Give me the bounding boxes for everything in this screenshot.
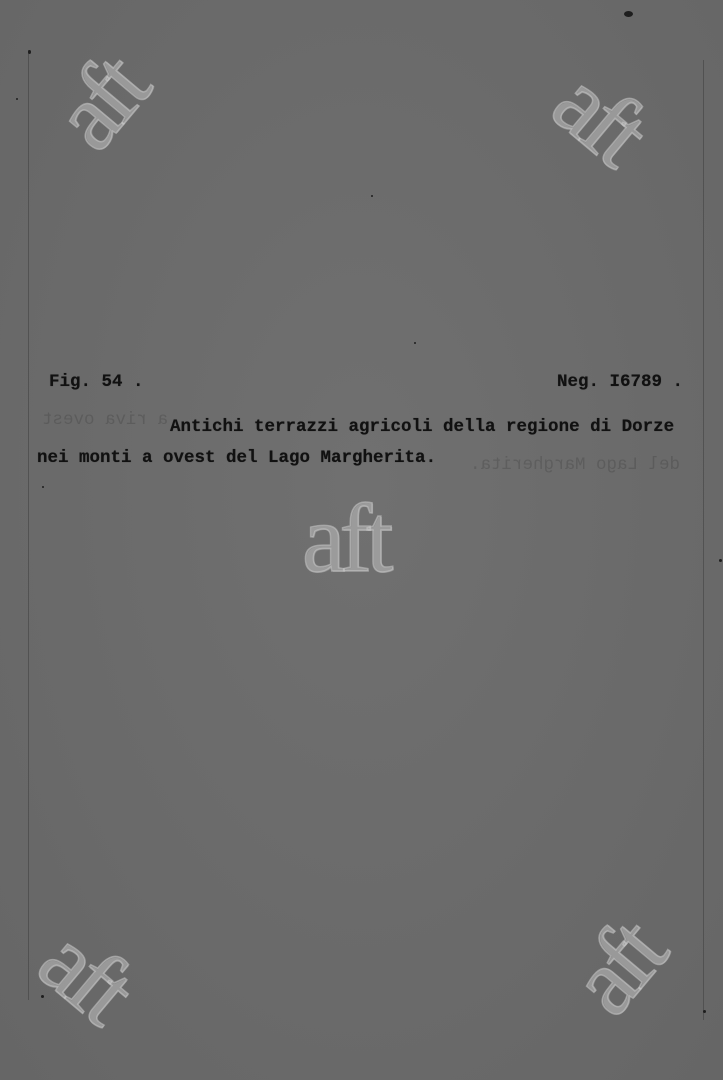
ink-speck xyxy=(28,50,31,54)
watermark-top-right: aft xyxy=(537,52,662,179)
watermark-top-left: aft xyxy=(36,40,163,165)
ink-speck xyxy=(42,486,44,488)
ink-speck xyxy=(719,559,722,562)
ink-speck xyxy=(414,342,416,344)
figure-label: Fig. 54 . xyxy=(49,374,144,392)
negative-number: Neg. I6789 . xyxy=(557,374,683,392)
watermark-bottom-right: aft xyxy=(553,905,680,1030)
caption-line-1: Antichi terrazzi agricoli della regione … xyxy=(170,419,674,437)
ink-speck xyxy=(624,11,633,17)
archival-card: aft aft aft aft aft a riva ovest del Lag… xyxy=(0,0,723,1080)
ink-speck xyxy=(16,98,18,100)
bleed-through-text: del Lago Margherita. xyxy=(470,455,680,475)
watermark-bottom-left: aft xyxy=(23,910,148,1037)
ink-speck xyxy=(371,195,373,197)
right-edge-line xyxy=(703,60,704,1020)
bleed-through-text: a riva ovest xyxy=(42,410,168,430)
caption-line-2: nei monti a ovest del Lago Margherita. xyxy=(37,450,436,468)
watermark-center: aft xyxy=(302,490,387,588)
left-edge-line xyxy=(28,50,29,1000)
ink-speck xyxy=(703,1010,706,1013)
